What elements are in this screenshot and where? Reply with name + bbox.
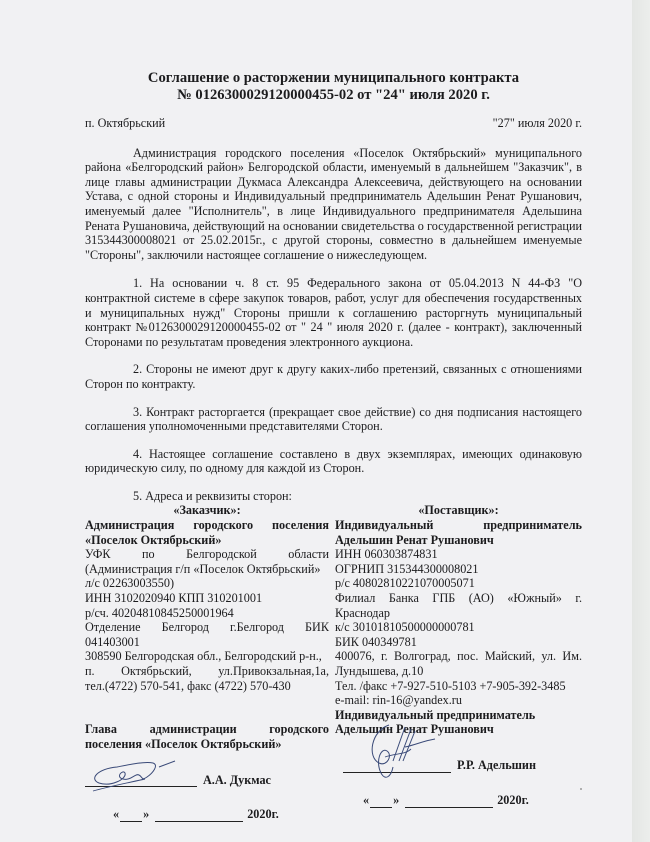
day-blank	[370, 807, 392, 808]
customer-date-row: «»2020г.	[85, 807, 329, 822]
place: п. Октябрьский	[85, 116, 165, 131]
customer-name-line1: Администрация городского поселения	[85, 518, 329, 533]
date-quote-close: »	[393, 793, 399, 808]
supplier-detail: БИК 040349781	[335, 635, 582, 650]
date-quote-close: »	[143, 807, 149, 822]
supplier-signature-row: Р.Р. Адельшин	[335, 753, 582, 773]
place-date-row: п. Октябрьский "27" июля 2020 г.	[85, 116, 582, 131]
customer-detail: УФК по Белгородской области	[85, 547, 329, 562]
date-quote-open: «	[363, 793, 369, 808]
customer-detail: тел.(4722) 570-541, факс (4722) 570-430	[85, 679, 329, 694]
supplier-date-year: 2020г.	[497, 793, 529, 808]
supplier-signer-name: Р.Р. Адельшин	[457, 758, 536, 773]
intro-paragraph: Администрация городского поселения «Посе…	[85, 146, 582, 263]
supplier-detail: Тел. /факс +7-927-510-5103 +7-905-392-34…	[335, 679, 582, 694]
document-date: "27" июля 2020 г.	[493, 116, 582, 131]
document-title-line1: Соглашение о расторжении муниципального …	[85, 70, 582, 87]
supplier-column: «Поставщик»: Индивидуальный предпринимат…	[335, 503, 582, 822]
clause-2: 2. Стороны не имеют друг к другу каких-л…	[85, 362, 582, 391]
supplier-date-row: «»2020г.	[335, 793, 582, 808]
customer-detail: п. Октябрьский, ул.Привокзальная,1а,	[85, 664, 329, 679]
customer-signer-title-line2: поселения «Поселок Октябрьский»	[85, 737, 329, 752]
supplier-name-line1: Индивидуальный предприниматель	[335, 518, 582, 533]
customer-signature-icon	[87, 757, 187, 797]
supplier-detail: Краснодар	[335, 606, 582, 621]
supplier-detail: 400076, г. Волгоград, пос. Майский, ул. …	[335, 649, 582, 664]
supplier-email: e-mail: rin-16@yandex.ru	[335, 693, 582, 708]
clause-3: 3. Контракт расторгается (прекращает сво…	[85, 405, 582, 434]
day-blank	[120, 821, 142, 822]
supplier-signature-icon	[365, 717, 445, 787]
document-body: Соглашение о расторжении муниципального …	[85, 70, 582, 822]
supplier-detail: ИНН 060303874831	[335, 547, 582, 562]
clause-4: 4. Настоящее соглашение составлено в дву…	[85, 447, 582, 476]
customer-detail: р/сч. 40204810845250001964	[85, 606, 329, 621]
customer-signer-title-line1: Глава администрации городского	[85, 722, 329, 737]
scan-edge	[632, 0, 650, 842]
customer-name-line2: «Поселок Октябрьский»	[85, 533, 329, 548]
month-blank	[155, 821, 243, 822]
customer-detail: л/с 02263003550)	[85, 576, 329, 591]
customer-column: «Заказчик»: Администрация городского пос…	[85, 503, 329, 822]
supplier-detail: Лундышева, д.10	[335, 664, 582, 679]
clause-5-heading: 5. Адреса и реквизиты сторон:	[85, 489, 582, 504]
customer-detail: 308590 Белгородская обл., Белгородский р…	[85, 649, 329, 664]
customer-detail: Отделение Белгород г.Белгород БИК	[85, 620, 329, 635]
party-details: «Заказчик»: Администрация городского пос…	[85, 503, 582, 822]
customer-detail: (Администрация г/п «Поселок Октябрьский»	[85, 562, 329, 577]
supplier-detail: к/с 30101810500000000781	[335, 620, 582, 635]
clause-1: 1. На основании ч. 8 ст. 95 Федерального…	[85, 276, 582, 349]
customer-signer-name: А.А. Дукмас	[203, 773, 271, 788]
supplier-detail: Филиал Банка ГПБ (АО) «Южный» г.	[335, 591, 582, 606]
customer-header: «Заказчик»:	[85, 503, 329, 518]
customer-date-year: 2020г.	[247, 807, 279, 822]
customer-signature-row: А.А. Дукмас	[85, 767, 329, 787]
month-blank	[405, 807, 493, 808]
customer-detail: ИНН 3102020940 КПП 310201001	[85, 591, 329, 606]
supplier-name-line2: Адельшин Ренат Рушанович	[335, 533, 582, 548]
date-quote-open: «	[113, 807, 119, 822]
customer-detail: 041403001	[85, 635, 329, 650]
supplier-detail: р/с 40802810221070005071	[335, 576, 582, 591]
scan-speck	[580, 788, 582, 790]
supplier-header: «Поставщик»:	[335, 503, 582, 518]
supplier-detail: ОГРНИП 315344300008021	[335, 562, 582, 577]
document-title-line2: № 0126300029120000455-02 от "24" июля 20…	[85, 87, 582, 104]
